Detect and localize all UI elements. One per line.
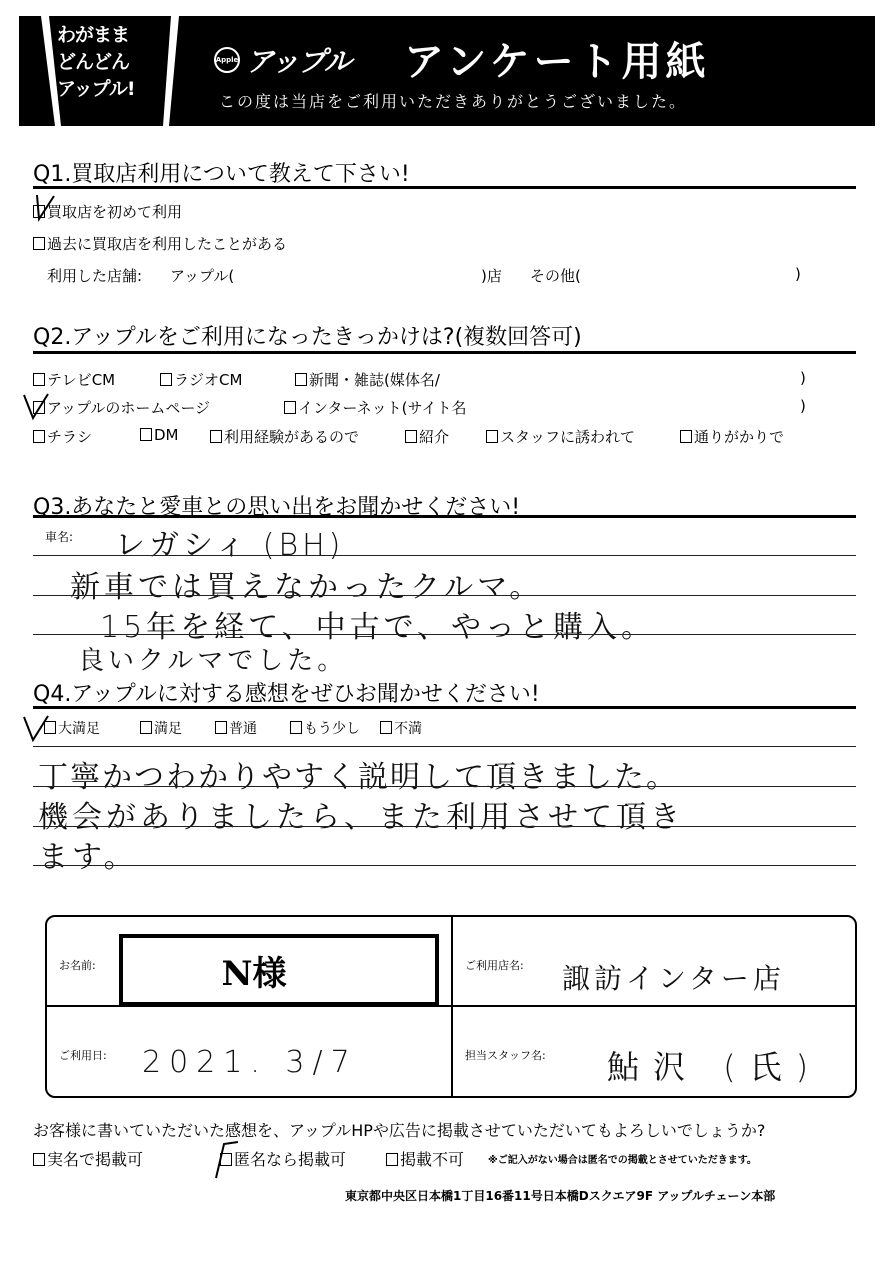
q3-line-3: [33, 634, 856, 635]
q3-answer-line-1[interactable]: 新車では買えなかったクルマ。: [70, 562, 543, 606]
checkbox-icon[interactable]: [284, 401, 296, 414]
apple-logo: Apple アップル: [214, 40, 351, 80]
q3-line-1: [33, 555, 856, 556]
checkbox-icon[interactable]: [140, 428, 152, 441]
checkmark-icon: [34, 193, 58, 223]
checkbox-icon[interactable]: [215, 721, 227, 734]
publish-consent-question: お客様に書いていただいた感想を、アップルHPや広告に掲載させていただいてもよろし…: [33, 1118, 765, 1141]
store-value[interactable]: 諏訪インター店: [562, 957, 785, 997]
customer-info-box: お名前: N様 ご利用店名: 諏訪インター店 ご利用日: 2021. 3/7 担…: [45, 915, 857, 1098]
q4-rating-satisfied[interactable]: 満足: [140, 718, 182, 738]
checkmark-icon: [22, 714, 52, 744]
q4-answer-line-1[interactable]: 丁寧かつわかりやすく説明して頂きました。: [38, 752, 678, 796]
q1-other-store-field[interactable]: [600, 262, 790, 282]
company-address: 東京都中央区日本橋1丁目16番11号日本橋Dスクエア9F アップルチェーン本部: [345, 1187, 775, 1204]
checkbox-icon[interactable]: [33, 1153, 45, 1166]
checkbox-icon[interactable]: [486, 430, 498, 443]
slogan-line-3: アップル!: [57, 76, 157, 103]
staff-label: 担当スタッフ名:: [465, 1047, 546, 1063]
form-header: わがまま どんどん アップル! Apple アップル アンケート用紙 この度は当…: [19, 16, 875, 126]
slogan-banner: わがまま どんどん アップル!: [19, 16, 197, 126]
q4-line-2: [33, 826, 856, 827]
q4-rating-average[interactable]: 普通: [215, 718, 257, 738]
consent-note: ※ご記入がない場合は匿名での掲載とさせていただきます。: [488, 1151, 757, 1166]
q4-answer-line-3[interactable]: ます。: [38, 832, 138, 876]
consent-option-real-name[interactable]: 実名で掲載可: [33, 1147, 143, 1170]
checkbox-icon[interactable]: [33, 237, 45, 250]
q4-rule: [33, 706, 856, 709]
q1-apple-store-field[interactable]: [290, 262, 475, 282]
checkmark-icon: [212, 1140, 242, 1180]
name-field[interactable]: N様: [119, 934, 439, 1006]
checkbox-icon[interactable]: [160, 373, 172, 386]
checkmark-icon: [22, 392, 52, 422]
q1-option-used-before[interactable]: 過去に買取店を利用したことがある: [33, 233, 287, 254]
checkbox-icon[interactable]: [680, 430, 692, 443]
q3-answer-line-3[interactable]: 良いクルマでした。: [78, 640, 347, 677]
q2-option-tv-cm[interactable]: テレビCM: [33, 369, 115, 390]
q2-option-staff[interactable]: スタッフに誘われて: [486, 426, 635, 447]
slogan-line-1: わがまま: [57, 22, 157, 49]
q1-other-prefix: その他(: [530, 265, 581, 286]
q2-option-newspaper[interactable]: 新聞・雑誌(媒体名/: [295, 369, 440, 390]
checkbox-icon[interactable]: [380, 721, 392, 734]
car-name-label: 車名:: [45, 528, 73, 545]
q4-line-1: [33, 786, 856, 787]
q2-option-internet[interactable]: インターネット(サイト名: [284, 397, 466, 418]
q2-option-passing-by[interactable]: 通りがかりで: [680, 426, 784, 447]
q2-row1-close: ): [800, 369, 806, 387]
apple-fruit-icon: Apple: [214, 47, 240, 73]
checkbox-icon[interactable]: [290, 721, 302, 734]
car-name-value[interactable]: レガシィ (BH): [115, 520, 344, 564]
q1-rule: [33, 186, 856, 189]
checkbox-icon[interactable]: [33, 373, 45, 386]
q2-option-experience[interactable]: 利用経験があるので: [210, 426, 359, 447]
q1-apple-prefix: アップル(: [170, 265, 234, 286]
q1-apple-suffix: )店: [481, 265, 502, 286]
checkbox-icon[interactable]: [140, 721, 152, 734]
q2-rule: [33, 351, 856, 354]
q2-option-flyer[interactable]: チラシ: [33, 426, 92, 447]
checkbox-icon[interactable]: [295, 373, 307, 386]
q4-rating-could-be-better[interactable]: もう少し: [290, 718, 360, 738]
q2-row2-close: ): [800, 397, 806, 415]
form-subtitle: この度は当店をご利用いただきありがとうございました。: [219, 89, 687, 112]
checkbox-icon[interactable]: [210, 430, 222, 443]
checkbox-icon[interactable]: [33, 430, 45, 443]
q1-store-label: 利用した店舗:: [47, 265, 142, 286]
q4-line-3: [33, 865, 856, 866]
q4-heading: Q4.アップルに対する感想をぜひお聞かせください!: [33, 677, 540, 708]
q2-option-homepage[interactable]: アップルのホームページ: [33, 397, 210, 418]
q4-rating-dissatisfied[interactable]: 不満: [380, 718, 422, 738]
logo-wordmark: アップル: [246, 40, 351, 80]
q4-rating-very-satisfied[interactable]: 大満足: [44, 718, 100, 738]
q1-heading: Q1.買取店利用について教えて下さい!: [33, 157, 410, 188]
checkbox-icon[interactable]: [405, 430, 417, 443]
store-label: ご利用店名:: [465, 957, 524, 973]
slogan-text: わがまま どんどん アップル!: [57, 22, 157, 103]
date-value[interactable]: 2021. 3/7: [142, 1045, 358, 1080]
checkbox-icon[interactable]: [386, 1153, 398, 1166]
q2-option-referral[interactable]: 紹介: [405, 426, 449, 447]
consent-option-no-publish[interactable]: 掲載不可: [386, 1147, 464, 1170]
q4-answer-line-2[interactable]: 機会がありましたら、また利用させて頂き: [38, 792, 684, 836]
form-title: アンケート用紙: [404, 30, 710, 87]
q2-heading: Q2.アップルをご利用になったきっかけは?(複数回答可): [33, 320, 582, 351]
q2-option-dm[interactable]: DM: [140, 426, 179, 444]
q4-line-0: [33, 746, 856, 747]
q1-other-suffix: ): [795, 265, 801, 283]
staff-value[interactable]: 鮎沢 (氏): [607, 1042, 822, 1088]
name-value: N様: [221, 946, 286, 995]
name-label: お名前:: [59, 957, 96, 973]
q3-line-2: [33, 595, 856, 596]
q3-rule: [33, 515, 856, 518]
date-label: ご利用日:: [59, 1047, 107, 1063]
slogan-line-2: どんどん: [57, 49, 157, 76]
q2-option-radio-cm[interactable]: ラジオCM: [160, 369, 242, 390]
